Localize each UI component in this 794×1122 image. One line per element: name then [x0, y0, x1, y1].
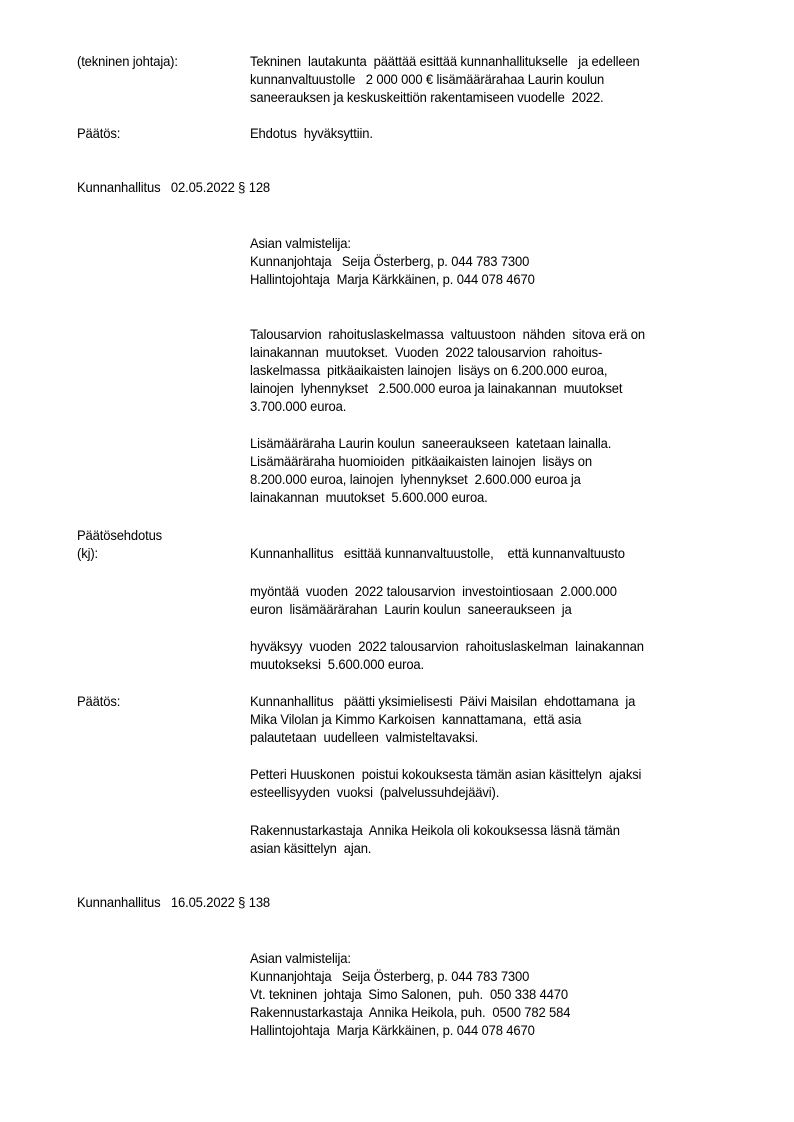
preparer-line: Kunnanjohtaja Seija Österberg, p. 044 78… [250, 967, 529, 985]
paragraph-line: Lisämääräraha Laurin koulun saneerauksee… [250, 434, 611, 452]
decision-line: asian käsittelyn ajan. [250, 839, 371, 857]
paragraph-line: Talousarvion rahoituslaskelmassa valtuus… [250, 325, 645, 343]
proposal-item-line: muutokseksi 5.600.000 euroa. [250, 655, 424, 673]
paragraph-line: lainakannan muutokset 5.600.000 euroa. [250, 488, 488, 506]
paragraph-line: 3.700.000 euroa. [250, 397, 346, 415]
proposal-label: Päätösehdotus [77, 526, 162, 544]
intro-text-line: kunnanvaltuustolle 2 000 000 € lisämäärä… [250, 70, 604, 88]
paragraph-line: lainojen lyhennykset 2.500.000 euroa ja … [250, 379, 622, 397]
decision-line: Mika Vilolan ja Kimmo Karkoisen kannatta… [250, 710, 581, 728]
meeting-heading: Kunnanhallitus 16.05.2022 § 138 [77, 893, 270, 911]
decision-text: Ehdotus hyväksyttiin. [250, 124, 373, 142]
intro-text-line: saneerauksen ja keskuskeittiön rakentami… [250, 88, 604, 106]
preparer-line: Hallintojohtaja Marja Kärkkäinen, p. 044… [250, 1021, 535, 1039]
document-page: (tekninen johtaja): Tekninen lautakunta … [0, 0, 794, 1122]
proposal-label-sub: (kj): [77, 544, 98, 562]
paragraph-line: lainakannan muutokset. Vuoden 2022 talou… [250, 343, 602, 361]
proposal-item-line: euron lisämäärärahan Laurin koulun sanee… [250, 600, 572, 618]
intro-text-line: Tekninen lautakunta päättää esittää kunn… [250, 52, 640, 70]
intro-label: (tekninen johtaja): [77, 52, 178, 70]
decision-line: Rakennustarkastaja Annika Heikola oli ko… [250, 821, 620, 839]
preparer-line: Kunnanjohtaja Seija Österberg, p. 044 78… [250, 252, 529, 270]
preparer-line: Vt. tekninen johtaja Simo Salonen, puh. … [250, 985, 568, 1003]
meeting-heading: Kunnanhallitus 02.05.2022 § 128 [77, 178, 270, 196]
preparer-line: Rakennustarkastaja Annika Heikola, puh. … [250, 1003, 570, 1021]
decision-line: esteellisyyden vuoksi (palvelussuhdejääv… [250, 783, 499, 801]
preparer-line: Asian valmistelija: [250, 234, 351, 252]
proposal-item-line: myöntää vuoden 2022 talousarvion investo… [250, 582, 617, 600]
proposal-intro: Kunnanhallitus esittää kunnanvaltuustoll… [250, 544, 625, 562]
decision-label: Päätös: [77, 692, 120, 710]
decision-line: Kunnanhallitus päätti yksimielisesti Päi… [250, 692, 635, 710]
decision-line: Petteri Huuskonen poistui kokouksesta tä… [250, 765, 641, 783]
preparer-line: Hallintojohtaja Marja Kärkkäinen, p. 044… [250, 270, 535, 288]
paragraph-line: Lisämääräraha huomioiden pitkäaikaisten … [250, 452, 592, 470]
decision-line: palautetaan uudelleen valmisteltavaksi. [250, 728, 478, 746]
preparer-line: Asian valmistelija: [250, 949, 351, 967]
paragraph-line: 8.200.000 euroa, lainojen lyhennykset 2.… [250, 470, 581, 488]
paragraph-line: laskelmassa pitkäaikaisten lainojen lisä… [250, 361, 607, 379]
decision-label: Päätös: [77, 124, 120, 142]
proposal-item-line: hyväksyy vuoden 2022 talousarvion rahoit… [250, 637, 644, 655]
